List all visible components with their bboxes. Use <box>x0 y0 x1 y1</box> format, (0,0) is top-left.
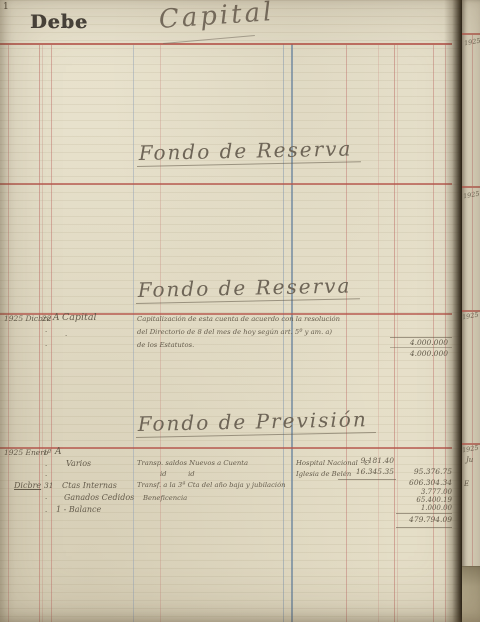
column-line-amount2-double <box>397 45 398 622</box>
prevision-row1-ref: A <box>55 447 62 457</box>
paper-ruling-lines <box>0 0 480 622</box>
facing-year-2: 1925 <box>462 190 480 201</box>
facing-page-sliver: 1925 1925 1925 1925 Ju E <box>462 0 480 622</box>
column-line-amount2 <box>394 45 395 622</box>
rule-red-2 <box>0 183 452 185</box>
prevision-row2-ditto: · <box>45 462 47 470</box>
prevision-row1-date: 1925 Enero <box>4 448 48 457</box>
page-number: 1 <box>3 2 9 12</box>
reserva-amount-bottom: 4.000.000 <box>392 349 448 358</box>
prevision-row1-day: 1º <box>43 448 51 457</box>
prevision-row4-account: Ctas Internas <box>62 481 117 490</box>
facing-rule-red-2 <box>462 186 480 188</box>
heading-fondo-de-reserva-2: Fondo de Reserva <box>135 273 359 304</box>
prevision-row4-date: Dicbre <box>14 481 41 490</box>
paper-vignette <box>0 0 480 622</box>
reserva-entry-ditto-1: · <box>45 328 47 336</box>
facing-year-4: 1925 <box>461 444 479 455</box>
scanned-ledger-page: 1 Debe Capital Fondo de Reserva Fondo de… <box>0 0 480 622</box>
column-line-left-margin <box>8 45 9 622</box>
debit-column-header: Debe <box>30 11 88 33</box>
prevision-row2-desc-a: Transp. saldos Nuevos a Cuenta <box>137 459 248 467</box>
rule-red-4 <box>0 447 452 449</box>
reserva-entry-desc-line2: del Directorio de 8 del mes de hoy según… <box>137 328 315 336</box>
reserva-entry-desc-line3: de los Estatutos. <box>137 341 194 349</box>
reserva-amount-rule-mid <box>390 347 452 348</box>
reserva-entry-ditto-3: · <box>65 332 67 340</box>
reserva-entry-account: Capital <box>62 312 97 323</box>
prevision-amount1-2: 16.345.35 <box>340 467 394 476</box>
facing-text-fragment-1: Ju <box>466 456 473 464</box>
prevision-row5-desc: Beneficencia <box>143 494 187 502</box>
prevision-row3-desc-a: id id <box>160 470 195 478</box>
facing-rule-red-1 <box>462 33 480 35</box>
column-line-date-double <box>42 45 43 622</box>
page-title: Capital <box>158 0 275 35</box>
column-line-ref <box>51 45 52 622</box>
prevision-amount1-1: 9.181.40 <box>340 456 394 465</box>
prevision-row4-day: 31 <box>44 481 54 490</box>
column-line-amount1-cents <box>378 45 379 622</box>
column-line-amount1 <box>346 45 347 622</box>
prevision-amount1-rule <box>338 479 396 480</box>
reserva-amount-top: 4.000.000 <box>392 338 448 347</box>
prevision-row5-account: Ganados Cedidos <box>64 493 134 502</box>
facing-year-3: 1925 <box>461 311 479 322</box>
facing-page-bottom-edge <box>462 566 480 622</box>
column-line-date <box>39 45 40 622</box>
prevision-row5-ditto: · <box>45 495 47 503</box>
reserva-entry-day: 22 <box>42 314 52 323</box>
rule-red-header <box>0 43 452 45</box>
facing-year-1: 1925 <box>463 37 480 48</box>
reserva-entry-ref: A <box>53 313 60 323</box>
reserva-entry-desc-line1: Capitalización de esta cuenta de acuerdo… <box>137 315 315 323</box>
heading-fondo-de-reserva-1: Fondo de Reserva <box>136 136 360 167</box>
reserva-entry-ditto-2: · <box>45 342 47 350</box>
prevision-row2-account: Varios <box>66 459 91 468</box>
book-gutter-shadow <box>444 0 462 622</box>
prevision-row6-account: 1 - Balance <box>56 505 101 514</box>
prevision-row3-ditto: · <box>45 472 47 480</box>
heading-fondo-de-prevision: Fondo de Previsión <box>135 407 376 438</box>
prevision-row4-desc: Transf. a la 3ª Cta del año baja y jubil… <box>137 481 286 489</box>
column-line-amount2-cents <box>433 45 434 622</box>
prevision-row6-ditto: · <box>45 508 47 516</box>
facing-text-fragment-2: E <box>464 480 469 488</box>
column-line-description-start <box>133 45 134 622</box>
facing-column-line <box>472 33 473 566</box>
